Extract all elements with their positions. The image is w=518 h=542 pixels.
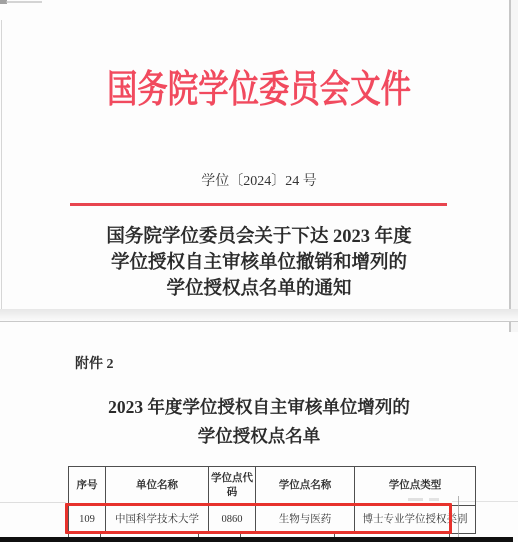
header-name: 学位点名称 bbox=[256, 467, 355, 506]
offset-table-border-artifact bbox=[458, 496, 459, 537]
header-unit: 单位名称 bbox=[106, 467, 209, 506]
notice-title: 国务院学位委员会关于下达 2023 年度 学位授权自主审核单位撤销和增列的 学位… bbox=[0, 224, 518, 302]
attachment-title-line-2: 学位授权点名单 bbox=[0, 422, 518, 451]
bottom-crop-bar bbox=[0, 537, 513, 542]
scanned-document-page: 国务院学位委员会文件 学位〔2024〕24 号 国务院学位委员会关于下达 202… bbox=[0, 0, 518, 542]
header-code: 学位点代码 bbox=[209, 467, 256, 506]
scan-edge-artifact bbox=[6, 1, 42, 3]
notice-title-line-1: 国务院学位委员会关于下达 2023 年度 bbox=[0, 224, 518, 250]
red-divider-rule bbox=[70, 203, 447, 206]
letterhead-title: 国务院学位委员会文件 bbox=[52, 68, 466, 112]
stitch-seam-line bbox=[0, 321, 518, 322]
table-header-row: 序号 单位名称 学位点代码 学位点名称 学位点类型 bbox=[69, 467, 476, 506]
highlight-box bbox=[65, 503, 452, 534]
notice-title-line-3: 学位授权点名单的通知 bbox=[0, 276, 518, 302]
stitch-seam-line-left bbox=[0, 502, 66, 503]
attachment-label: 附件 2 bbox=[75, 356, 114, 373]
attachment-title-line-1: 2023 年度学位授权自主审核单位增列的 bbox=[0, 393, 518, 422]
document-number: 学位〔2024〕24 号 bbox=[0, 173, 518, 190]
header-seq: 序号 bbox=[69, 467, 106, 506]
notice-title-line-2: 学位授权自主审核单位撤销和增列的 bbox=[0, 250, 518, 276]
stitch-seam-shadow bbox=[0, 309, 518, 321]
attachment-title: 2023 年度学位授权自主审核单位增列的 学位授权点名单 bbox=[0, 393, 518, 451]
